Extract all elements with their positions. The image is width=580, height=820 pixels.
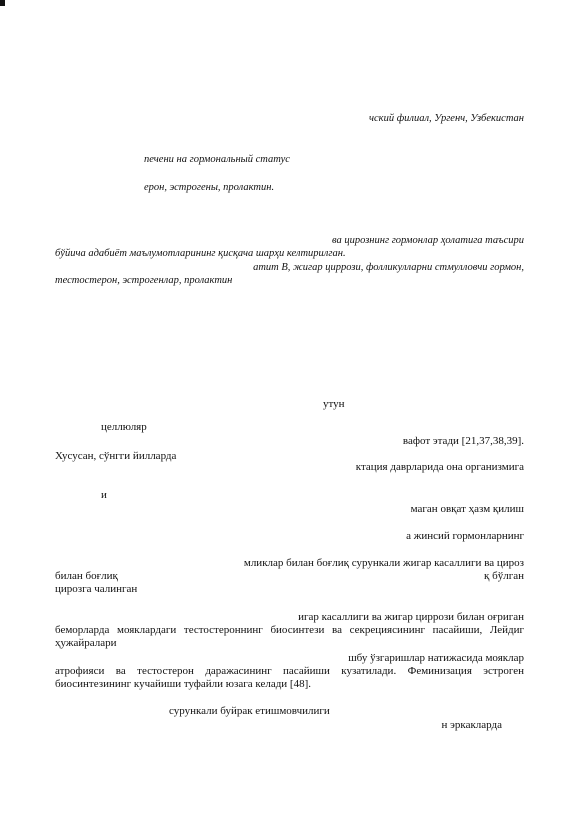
body-fragment: биосинтезининг кучайиши туфайли юзага ке…	[55, 678, 311, 691]
body-fragment: вафот этади [21,37,38,39].	[403, 435, 524, 448]
body-fragment: билан боғлиқ	[55, 570, 118, 583]
body-fragment: целлюляр	[101, 421, 147, 434]
body-line: беморларда мояклардаги тестостероннинг б…	[55, 624, 524, 637]
body-fragment: игар касаллиги ва жигар циррози билан оғ…	[298, 611, 524, 624]
body-fragment: цирозга чалинган	[55, 583, 137, 596]
body-fragment: утун	[323, 398, 345, 411]
uz-keywords-line-2: тестостерон, эстрогенлар, пролактин	[55, 274, 232, 287]
ru-abstract-line-1: печени на гормональный статус	[144, 153, 290, 166]
body-fragment: Хусусан, сўнгги йилларда	[55, 450, 176, 463]
body-fragment: сурункали буйрак етишмовчилиги	[169, 705, 330, 718]
body-fragment: қ бўлган	[484, 570, 524, 583]
uz-abstract-line-1: ва цирознинг гормонлар ҳолатига таъсири	[332, 234, 524, 247]
body-line: атрофияси ва тестостерон даражасининг па…	[55, 665, 524, 678]
ru-keywords-line: ерон, эстрогены, пролактин.	[144, 181, 274, 194]
body-fragment: шбу ўзгаришлар натижасида мояклар	[348, 652, 524, 665]
author-affiliation: чский филиал, Ургенч, Узбекистан	[369, 112, 524, 125]
uz-abstract-line-2: бўйича адабиёт маълумотларининг қисқача …	[55, 247, 346, 260]
body-fragment: н эркакларда	[442, 719, 502, 732]
body-fragment: мликлар билан боғлиқ сурункали жигар кас…	[244, 557, 524, 570]
body-fragment: маган овқат ҳазм қилиш	[411, 503, 524, 516]
body-fragment: и	[101, 489, 107, 502]
scan-corner-mark	[0, 0, 5, 6]
body-fragment: ҳужайралари	[55, 637, 116, 650]
body-fragment: а жинсий гормонларнинг	[406, 530, 524, 543]
body-fragment: ктация даврларида она организмига	[356, 461, 524, 474]
uz-keywords-line-1: атит В, жигар циррози, фолликулларни стм…	[253, 261, 524, 274]
